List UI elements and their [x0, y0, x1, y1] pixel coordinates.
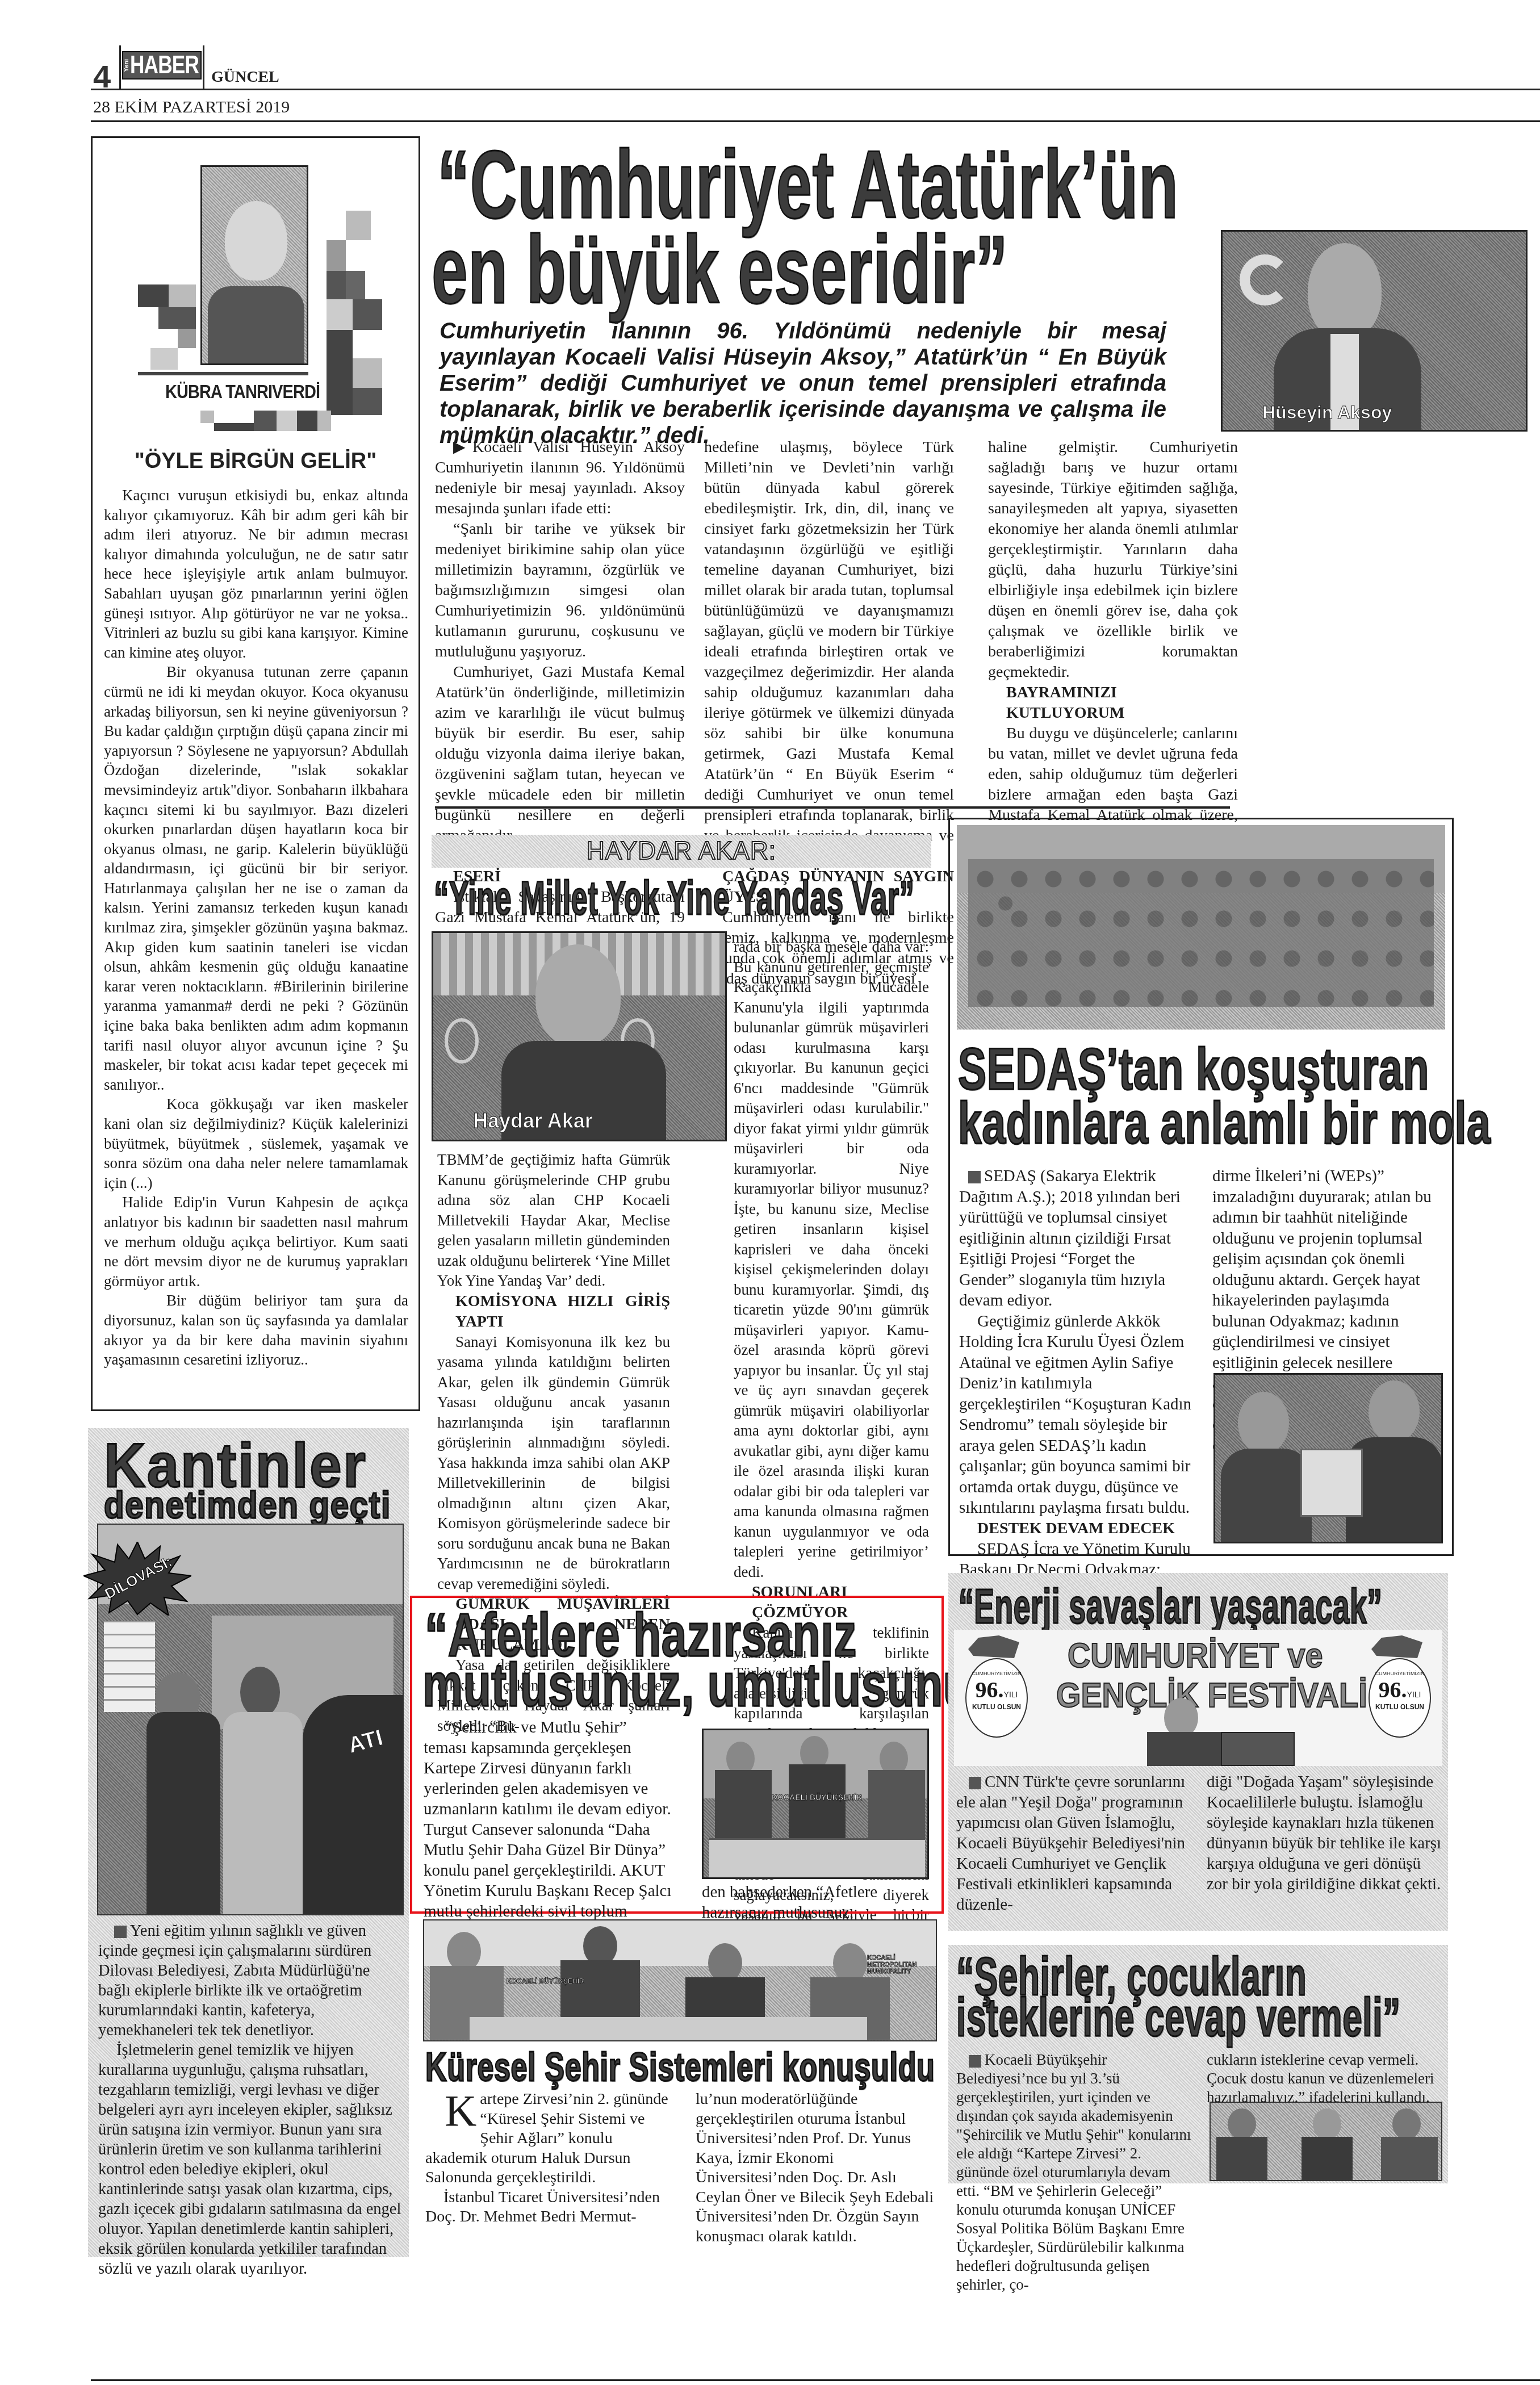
author-name: KÜBRA TANRIVERDİ: [165, 381, 320, 403]
kantin-body: Yeni eğitim yılının sağlıklı ve güven iç…: [98, 1921, 403, 2279]
anniversary-badge-right: CUMHURİYETİMİZİN 96.YILI KUTLU OLSUN: [1369, 1635, 1431, 1755]
festival-title-line1: CUMHURİYET ve: [1068, 1635, 1323, 1676]
akar-photo-caption: Haydar Akar: [473, 1109, 593, 1133]
sehirler-panel-photo: [1210, 2102, 1442, 2181]
sedas-col-1: SEDAŞ (Sakarya Elektrik Dağıtım A.Ş.); 2…: [959, 1166, 1192, 1642]
sehirler-lead-text: Kocaeli Büyükşehir Belediyesi’nce bu yıl…: [956, 2051, 1191, 2293]
newspaper-logo: Yeni HABER: [119, 45, 204, 89]
badge-top-text: CUMHURİYETİMİZİN: [1370, 1671, 1430, 1676]
sedas-lead-text: SEDAŞ (Sakarya Elektrik Dağıtım A.Ş.); 2…: [959, 1167, 1181, 1309]
badge-bottom-text: KUTLU OLSUN: [1370, 1703, 1430, 1711]
sedas-lead-paragraph: SEDAŞ (Sakarya Elektrik Dağıtım A.Ş.); 2…: [959, 1166, 1192, 1311]
kuresel-lead-paragraph: Kartepe Zirvesi’nin 2. gününde “Küresel …: [425, 2090, 675, 2188]
akar-kicker-bar: HAYDAR AKAR:: [432, 835, 931, 868]
sedas-story: SEDAŞ’tan koşuşturan kadınlara anlamlı b…: [948, 818, 1454, 1556]
lead-subheading: BAYRAMINIZI KUTLUYORUM: [988, 683, 1238, 723]
enerji-story: “Enerji savaşları yaşanacak” CUMHURİYETİ…: [948, 1573, 1448, 1931]
author-photo: [200, 165, 308, 365]
column-paragraph: Kaçıncı vuruşun etkisiydi bu, enkaz altı…: [104, 486, 408, 662]
kuresel-col-1: Kartepe Zirvesi’nin 2. gününde “Küresel …: [425, 2090, 675, 2227]
badge-top-text: CUMHURİYETİMİZİN: [966, 1671, 1027, 1676]
badge-year: YILI: [1407, 1690, 1421, 1699]
logo-small: Yeni: [123, 59, 130, 72]
sehirler-story: “Şehirler, çocukların isteklerine cevap …: [948, 1945, 1448, 2183]
lead-deck: Cumhuriyetin ilanının 96. Yıldönümü nede…: [440, 318, 1166, 449]
kuresel-col-2: lu’nun moderatörlüğünde gerçekleştirilen…: [696, 2090, 937, 2246]
lead-photo-caption: Hüseyin Aksoy: [1262, 402, 1392, 423]
afet-panel-photo: KOCAELİ BÜYÜKŞEHİR: [702, 1729, 929, 1879]
masthead-rule-top: [91, 89, 1540, 90]
sedas-award-photo: [1213, 1373, 1443, 1543]
sedas-group-photo: [957, 825, 1445, 1030]
author-portrait-block: KÜBRA TANRIVERDİ: [93, 138, 419, 439]
sedas-subheading: DESTEK DEVAM EDECEK: [959, 1518, 1192, 1539]
kuresel-photo-text-right: KOCAELİ METROPOLITAN MUNICIPALITY: [867, 1955, 930, 1975]
enerji-col-2: diği "Doğada Yaşam" söyleşisinde Kocaeli…: [1207, 1772, 1442, 1894]
section-label: GÜNCEL: [211, 68, 279, 86]
speaker-figure: [1136, 1709, 1306, 1766]
sedas-paragraph: Geçtiğimiz günlerde Akkök Holding İcra K…: [959, 1311, 1192, 1518]
akar-kicker: HAYDAR AKAR:: [432, 835, 931, 868]
logo-text: HABER: [130, 52, 199, 78]
bullet-square-icon: [969, 1777, 981, 1789]
afet-photo-text: KOCAELİ BÜYÜKŞEHİR: [772, 1793, 862, 1802]
badge-bottom-text: KUTLU OLSUN: [966, 1703, 1027, 1711]
kantin-paragraph: İşletmelerin genel temizlik ve hijyen ku…: [98, 2040, 403, 2279]
column-paragraph: Halide Edip'in Vurun Kahpesin de açıkça …: [104, 1192, 408, 1291]
kantin-lead-text: Yeni eğitim yılının sağlıklı ve güven iç…: [98, 1922, 371, 2039]
decorative-tiles-right: [327, 211, 383, 415]
sehirler-col-2: cukların isteklerine cevap vermeli. Çocu…: [1207, 2051, 1442, 2107]
kantin-location-badge: DİLOVASI:: [83, 1542, 191, 1616]
sehirler-headline-line2: isteklerine cevap vermeli”: [956, 1990, 1401, 2045]
lead-paragraph: “Şanlı bir tarihe ve yüksek bir medeniye…: [435, 519, 685, 662]
lead-bottom-rule: [435, 806, 1230, 809]
lead-headline-line2: en büyük eseridir”: [432, 221, 1008, 318]
anniversary-badge-left: CUMHURİYETİMİZİN 96.YILI KUTLU OLSUN: [965, 1635, 1028, 1755]
akar-paragraph: TBMM’de geçtiğimiz hafta Gümrük Kanunu g…: [437, 1150, 670, 1291]
badge-year: YILI: [1004, 1690, 1018, 1699]
akar-headline: “Yine Millet Yok Yine Yandaş Var”: [434, 872, 914, 923]
column-paragraph: Bir okyanusa tutunan zerre çapanın cürmü…: [104, 662, 408, 1094]
opinion-column: KÜBRA TANRIVERDİ "ÖYLE BİRGÜN GELİR" Kaç…: [91, 136, 420, 1411]
kuresel-photo-text-left: KOCAELİ BÜYÜKŞEHİR: [507, 1977, 584, 1985]
page-bottom-rule: [91, 2379, 1540, 2381]
akar-story: HAYDAR AKAR: “Yine Millet Yok Yine Yanda…: [432, 823, 931, 1573]
masthead: 4 Yeni HABER GÜNCEL 28 EKİM PAZARTESİ 20…: [91, 45, 1540, 122]
lead-photo: Hüseyin Aksoy: [1221, 230, 1528, 432]
akar-photo: Haydar Akar: [432, 931, 727, 1141]
column-body: Kaçıncı vuruşun etkisiydi bu, enkaz altı…: [104, 486, 408, 1370]
lead-paragraph: hedefine ulaşmış, böylece Türk Milleti’n…: [704, 437, 954, 867]
afet-headline-line2: mutlusunuz, umutlusunuz”: [422, 1654, 1018, 1716]
enerji-lead-paragraph: CNN Türk'te çevre sorunlarını ele alan "…: [956, 1772, 1195, 1915]
lead-story: “Cumhuriyet Atatürk’ün en büyük eseridir…: [432, 136, 1540, 812]
sedas-headline-line2: kadınlara anlamlı bir mola: [958, 1092, 1491, 1154]
dropcap: K: [445, 2092, 476, 2129]
akar-subheading: KOMİSYONA HIZLI GİRİŞ YAPTI: [437, 1291, 670, 1332]
kuresel-headline: Küresel Şehir Sistemleri konuşuldu: [425, 2045, 935, 2089]
kuresel-panel-photo: KOCAELİ BÜYÜKŞEHİR KOCAELİ METROPOLITAN …: [423, 1919, 937, 2041]
akar-paragraph: Sanayi Komisyonuna ilk kez bu yasama yıl…: [437, 1332, 670, 1595]
akar-paragraph: rada bir başka mesele daha var: Bu kanun…: [734, 937, 929, 1582]
author-divider: [138, 372, 308, 375]
bullet-square-icon: [114, 1926, 127, 1938]
kuresel-story: KOCAELİ BÜYÜKŞEHİR KOCAELİ METROPOLITAN …: [423, 1919, 945, 2237]
afet-col-1: “Şehircilik ve Mutlu Şehir” teması kapsa…: [424, 1717, 673, 1942]
lead-paragraph: ▶Kocaeli Valisi Hüseyin Aksoy Cumhuriyet…: [435, 437, 685, 519]
lead-paragraph: Cumhuriyet, Gazi Mustafa Kemal Atatürk’ü…: [435, 662, 685, 846]
sehirler-lead-paragraph: Kocaeli Büyükşehir Belediyesi’nce bu yıl…: [956, 2051, 1192, 2294]
masthead-rule-bottom: [91, 120, 1540, 122]
festival-banner: CUMHURİYETİMİZİN 96.YILI KUTLU OLSUN CUM…: [954, 1630, 1442, 1766]
sehirler-col-1: Kocaeli Büyükşehir Belediyesi’nce bu yıl…: [956, 2051, 1192, 2294]
afet-story-highlight: “Afetlere hazırsanız mutlusunuz, umutlus…: [410, 1596, 944, 1914]
bullet-square-icon: [969, 2055, 981, 2068]
enerji-lead-text: CNN Türk'te çevre sorunlarını ele alan "…: [956, 1773, 1185, 1914]
kuresel-paragraph: İstanbul Ticaret Üniversitesi’nden Doç. …: [425, 2188, 675, 2227]
decorative-tiles-left: [138, 284, 200, 370]
enerji-headline: “Enerji savaşları yaşanacak”: [959, 1581, 1383, 1632]
issue-date: 28 EKİM PAZARTESİ 2019: [93, 98, 290, 117]
column-title: "ÖYLE BİRGÜN GELİR": [93, 449, 419, 474]
kantin-lead-paragraph: Yeni eğitim yılının sağlıklı ve güven iç…: [98, 1921, 403, 2040]
decorative-tiles-bottom: [200, 411, 331, 438]
badge-number: 96.: [976, 1677, 1004, 1702]
kantin-headline-line2: denetimden geçti: [104, 1485, 391, 1525]
lead-paragraph: haline gelmiştir. Cumhuriyetin sağladığı…: [988, 437, 1238, 683]
column-paragraph: Bir düğüm beliriyor tam şura da diyorsun…: [104, 1291, 408, 1369]
bullet-square-icon: [968, 1171, 981, 1183]
column-paragraph: Koca gökkuşağı var iken maskeler kani ol…: [104, 1094, 408, 1192]
kantin-story: Kantinler denetimden geçti ATI DİLOVASI:…: [88, 1428, 409, 2257]
badge-number: 96.: [1379, 1677, 1407, 1702]
enerji-col-1: CNN Türk'te çevre sorunlarını ele alan "…: [956, 1772, 1195, 1915]
